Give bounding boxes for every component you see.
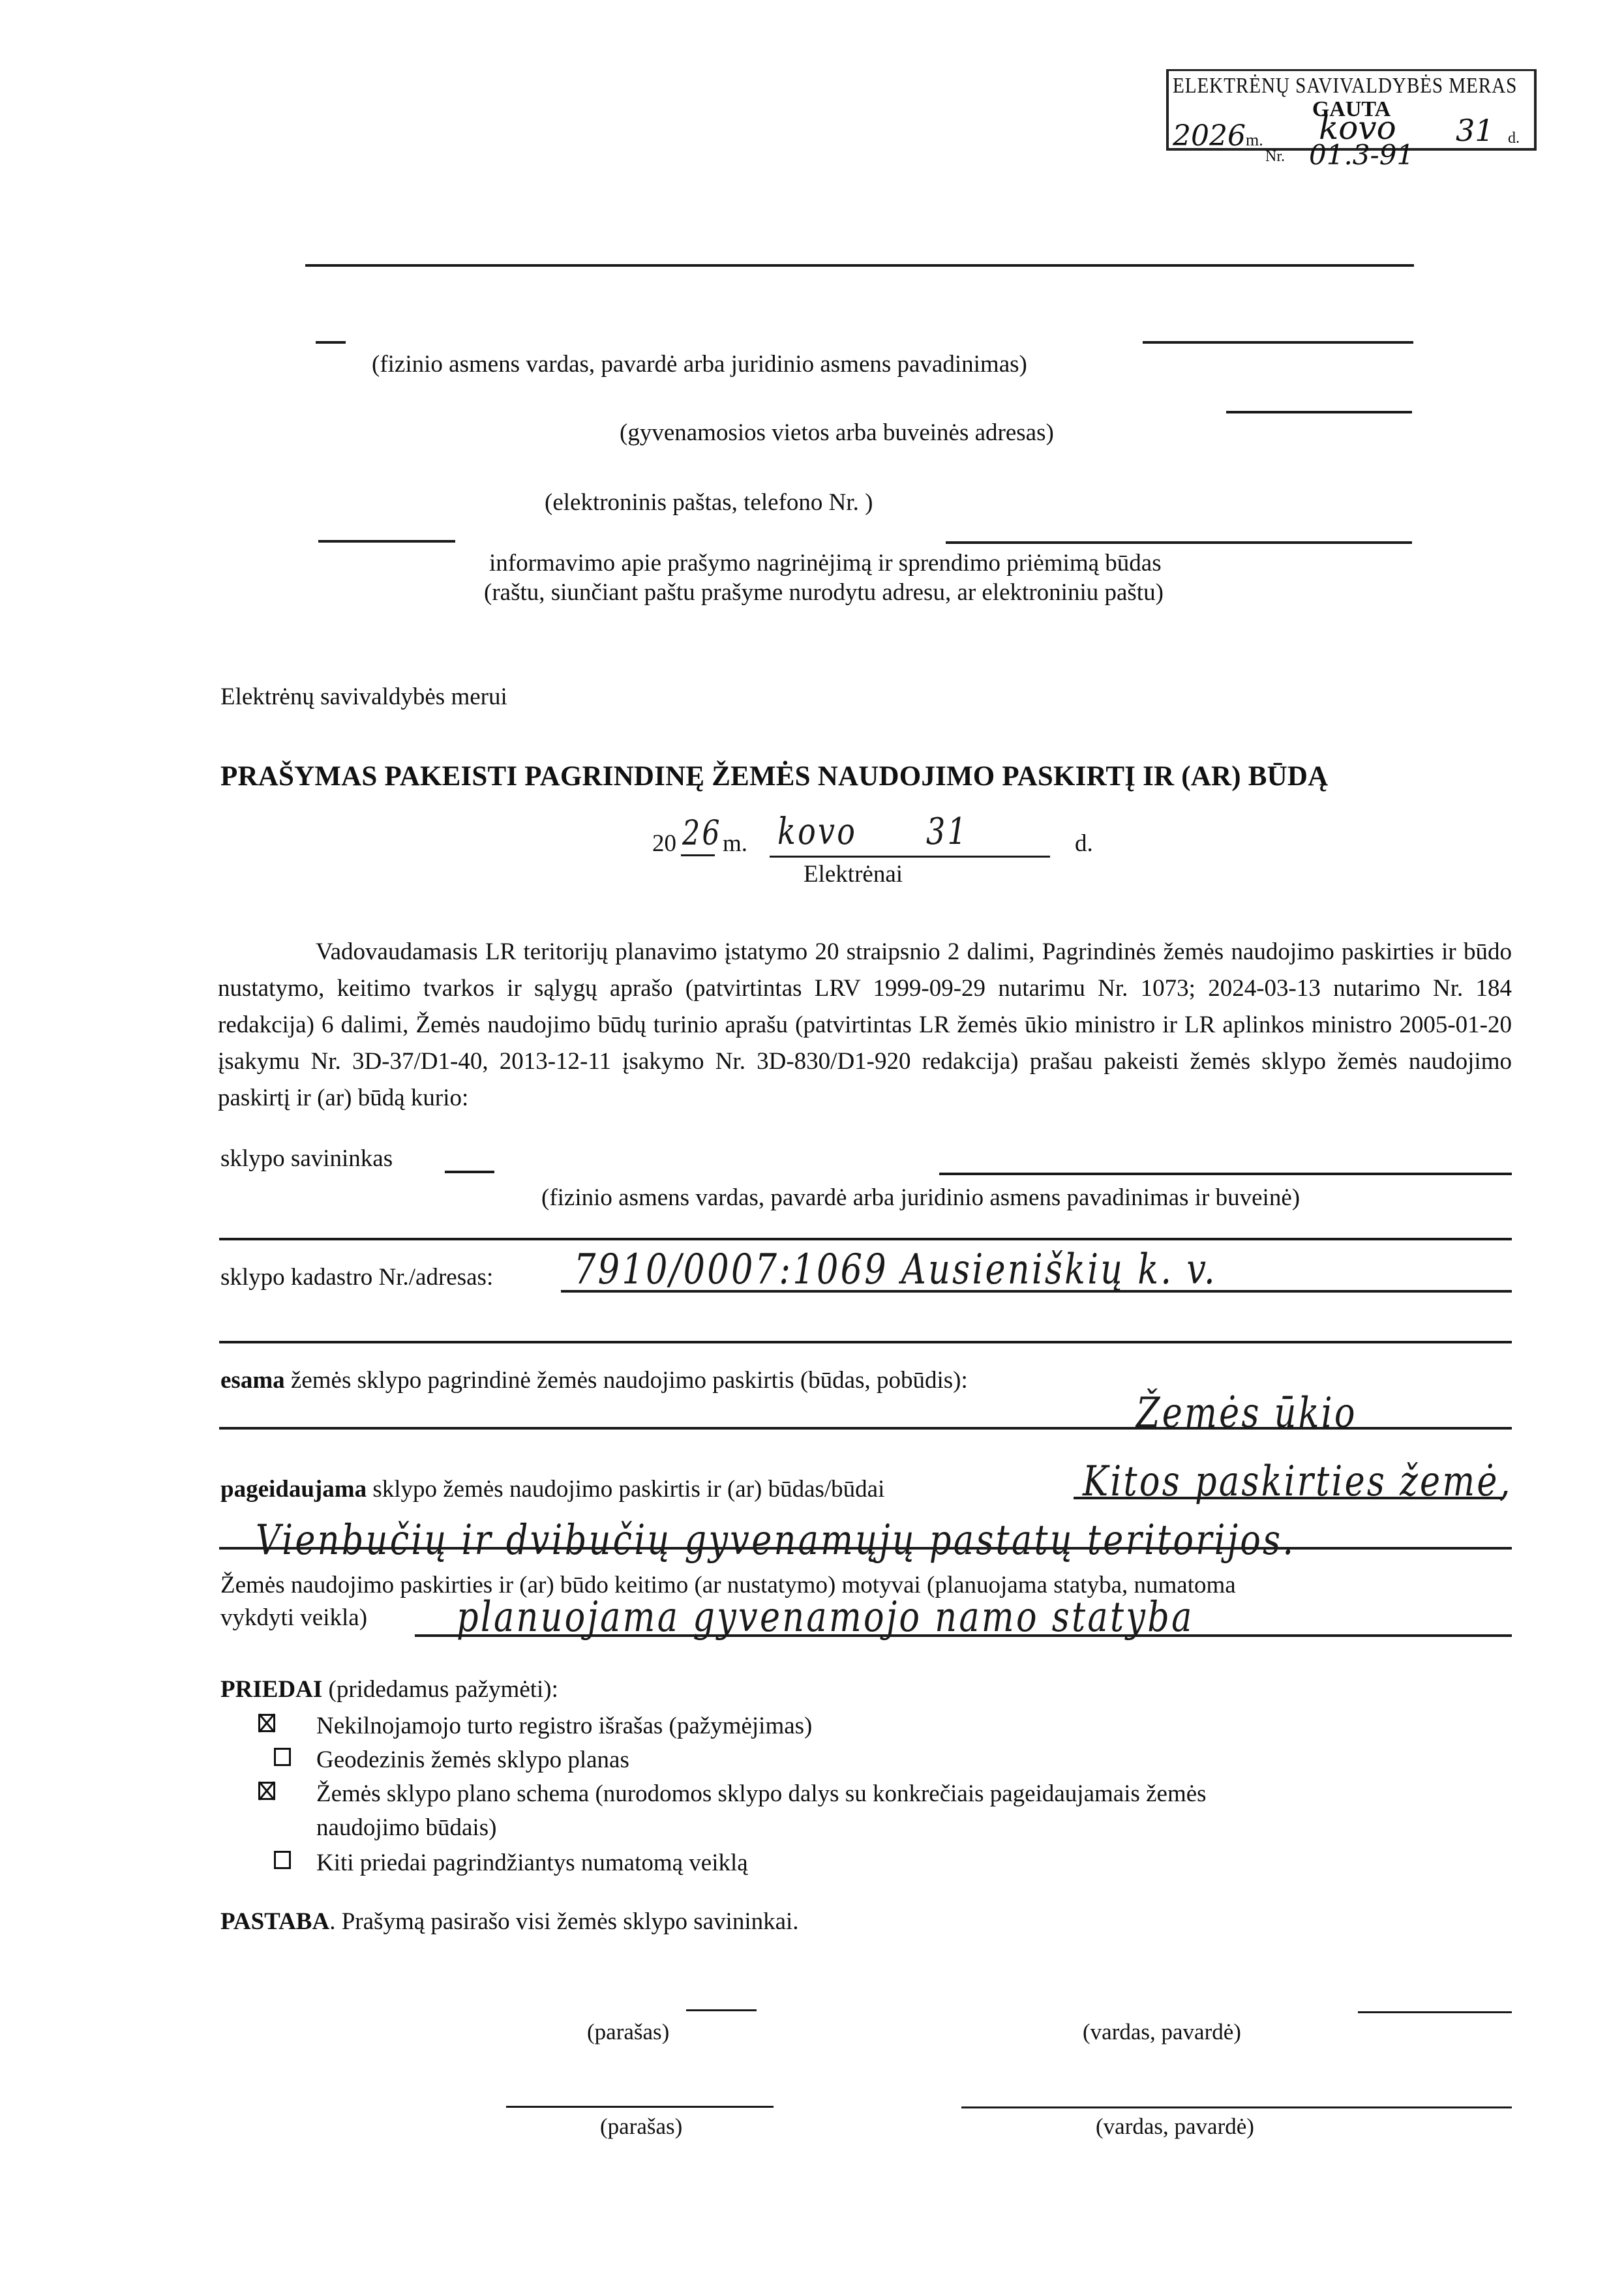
motives-label-2: vykdyti veikla) [220, 1606, 367, 1630]
attachment-checkbox-other[interactable] [274, 1851, 291, 1869]
attachment-label-plan-scheme-cont: naudojimo būdais) [316, 1816, 496, 1840]
cadastre-upper-line [219, 1238, 1512, 1240]
attachment-checkbox-geodetic-plan[interactable] [274, 1748, 291, 1766]
desired-use-label: pageidaujama sklypo žemės naudojimo pask… [220, 1477, 884, 1501]
date-month-handwritten[interactable]: kovo [777, 814, 857, 850]
desired-use-field-2[interactable] [219, 1547, 1512, 1550]
name-field-1[interactable] [1358, 2011, 1512, 2013]
date-year-prefix: 20 [652, 830, 676, 857]
date-month-day-underline [770, 856, 1050, 858]
owner-caption: (fizinio asmens vardas, pavardė arba jur… [541, 1186, 1300, 1210]
attachments-heading: PRIEDAI (pridedamus pažymėti): [220, 1677, 558, 1701]
motives-field[interactable] [415, 1634, 1512, 1637]
body-paragraph: Vadovaudamasis LR teritorijų planavimo į… [218, 934, 1512, 1117]
date-year-underline [681, 854, 715, 856]
attachment-checkbox-registry-extract[interactable] [258, 1714, 275, 1732]
attachment-label-geodetic-plan: Geodezinis žemės sklypo planas [316, 1748, 629, 1772]
date-place: Elektrėnai [804, 862, 903, 886]
inform-method-caption-1: informavimo apie prašymo nagrinėjimą ir … [489, 551, 1162, 575]
date-year-handwritten[interactable]: 26 [682, 817, 722, 850]
desired-use-value-2[interactable]: Vienbučių ir dvibučių gyvenamųjų pastatų… [256, 1520, 1295, 1561]
current-use-field[interactable] [219, 1427, 1512, 1430]
attachment-label-other: Kiti priedai pagrindžiantys numatomą vei… [316, 1851, 748, 1875]
motives-value[interactable]: planuojama gyvenamojo namo statyba [457, 1596, 1194, 1638]
owner-field[interactable] [939, 1173, 1512, 1175]
cadastre-label: sklypo kadastro Nr./adresas: [220, 1265, 493, 1289]
owner-label: sklypo savininkas [220, 1146, 393, 1171]
cadastre-value[interactable]: 7910/0007:1069 Ausieniškių k. v. [574, 1249, 1217, 1291]
date-day-handwritten[interactable]: 31 [926, 814, 969, 850]
name-caption-2: (vardas, pavardė) [1096, 2115, 1254, 2138]
cadastre-field[interactable] [561, 1290, 1512, 1293]
date-d-label: d. [1075, 832, 1093, 856]
cadastre-extra-line [219, 1341, 1512, 1343]
document-title: PRAŠYMAS PAKEISTI PAGRINDINĘ ŽEMĖS NAUDO… [220, 760, 1328, 792]
stamp-day-suffix: d. [1508, 130, 1520, 147]
stamp-day: 31 [1456, 113, 1494, 148]
date-line: 20 [652, 832, 676, 856]
owner-field-left[interactable] [445, 1171, 494, 1173]
name-field-2[interactable] [961, 2106, 1512, 2108]
address-caption: (gyvenamosios vietos arba buveinės adres… [620, 421, 1054, 445]
registration-stamp: ELEKTRĖNŲ SAVIVALDYBĖS MERAS GAUTA 2026m… [1166, 69, 1537, 151]
signature-caption-2: (parašas) [600, 2115, 682, 2138]
signature-field-2[interactable] [506, 2106, 774, 2108]
inform-method-field[interactable] [946, 541, 1412, 544]
stamp-registration-number: 01.3-91 [1309, 139, 1414, 171]
attachment-label-plan-scheme: Žemės sklypo plano schema (nurodomos skl… [316, 1782, 1207, 1806]
stamp-header: ELEKTRĖNŲ SAVIVALDYBĖS MERAS [1173, 74, 1517, 98]
date-m-label: m. [723, 832, 747, 856]
addressee: Elektrėnų savivaldybės merui [220, 685, 507, 709]
signature-field-1[interactable] [686, 2009, 757, 2011]
current-use-label: esama žemės sklypo pagrindinė žemės naud… [220, 1368, 968, 1392]
inform-method-caption-2: (raštu, siunčiant paštu prašyme nurodytu… [484, 580, 1164, 605]
stamp-year: 2026m. [1173, 119, 1263, 153]
attachment-checkbox-plan-scheme[interactable] [258, 1782, 275, 1800]
applicant-name-field-left[interactable] [316, 341, 346, 344]
stamp-nr-label: Nr. [1265, 148, 1285, 166]
signature-caption-1: (parašas) [587, 2020, 669, 2043]
name-caption-1: (vardas, pavardė) [1083, 2020, 1241, 2043]
contact-caption: (elektroninis paštas, telefono Nr. ) [545, 490, 873, 515]
applicant-name-caption: (fizinio asmens vardas, pavardė arba jur… [372, 352, 1027, 376]
attachment-label-registry-extract: Nekilnojamojo turto registro išrašas (pa… [316, 1714, 812, 1738]
desired-use-field-1[interactable] [1074, 1497, 1504, 1499]
inform-method-field-left[interactable] [318, 540, 455, 543]
applicant-name-field[interactable] [1143, 341, 1413, 344]
address-field[interactable] [1226, 411, 1412, 413]
note: PASTABA. Prašymą pasirašo visi žemės skl… [220, 1910, 799, 1934]
top-divider [305, 264, 1414, 267]
